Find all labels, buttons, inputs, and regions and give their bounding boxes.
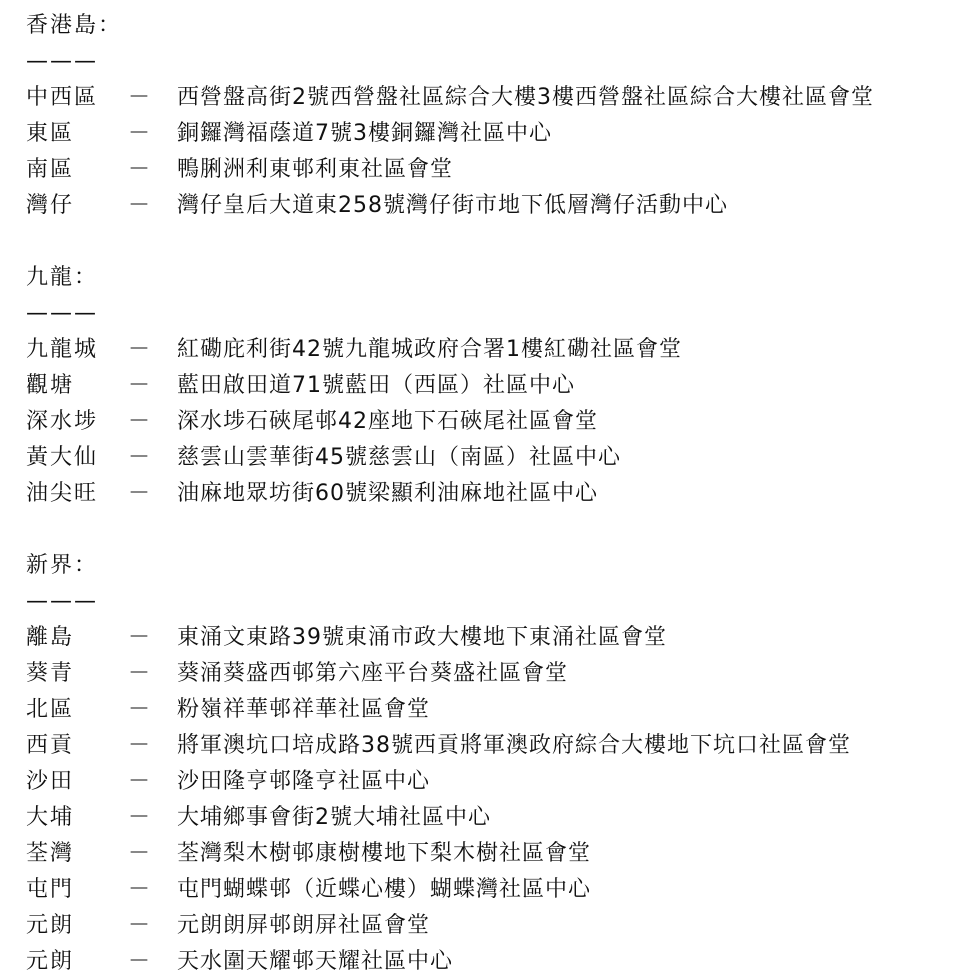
venue-list-document: 香港島： ——— 中西區－西營盤高街2號西營盤社區綜合大樓3樓西營盤社區綜合大樓… [26,8,956,972]
venue-address: 將軍澳坑口培成路38號西貢將軍澳政府綜合大樓地下坑口社區會堂 [177,728,851,764]
section-new-territories: 新界： ——— 離島－東涌文東路39號東涌市政大樓地下東涌社區會堂 葵青－葵涌葵… [26,548,956,972]
district-name: 油尖旺 [26,476,128,512]
separator: － [128,440,177,476]
venue-address: 屯門蝴蝶邨（近蝶心樓）蝴蝶灣社區中心 [177,872,591,908]
district-name: 西貢 [26,728,128,764]
district-name: 九龍城 [26,332,128,368]
separator: － [128,368,177,404]
venue-address: 大埔鄉事會街2號大埔社區中心 [177,800,491,836]
district-name: 元朗 [26,944,128,972]
venue-address: 油麻地眾坊街60號梁顯利油麻地社區中心 [177,476,598,512]
venue-address: 東涌文東路39號東涌市政大樓地下東涌社區會堂 [177,620,667,656]
separator: － [128,764,177,800]
district-name: 荃灣 [26,836,128,872]
district-name: 沙田 [26,764,128,800]
list-item: 黃大仙－慈雲山雲華街45號慈雲山（南區）社區中心 [26,440,956,476]
list-item: 中西區－西營盤高街2號西營盤社區綜合大樓3樓西營盤社區綜合大樓社區會堂 [26,80,956,116]
venue-address: 紅磡庇利街42號九龍城政府合署1樓紅磡社區會堂 [177,332,682,368]
district-name: 中西區 [26,80,128,116]
list-item: 大埔－大埔鄉事會街2號大埔社區中心 [26,800,956,836]
list-item: 沙田－沙田隆亨邨隆亨社區中心 [26,764,956,800]
separator: － [128,872,177,908]
section-heading: 九龍： [26,260,956,296]
section-divider: ——— [26,296,956,332]
venue-address: 深水埗石硤尾邨42座地下石硤尾社區會堂 [177,404,598,440]
venue-address: 銅鑼灣福蔭道7號3樓銅鑼灣社區中心 [177,116,552,152]
list-item: 深水埗－深水埗石硤尾邨42座地下石硤尾社區會堂 [26,404,956,440]
district-name: 北區 [26,692,128,728]
venue-address: 西營盤高街2號西營盤社區綜合大樓3樓西營盤社區綜合大樓社區會堂 [177,80,874,116]
list-item: 南區－鴨脷洲利東邨利東社區會堂 [26,152,956,188]
venue-address: 灣仔皇后大道東258號灣仔街市地下低層灣仔活動中心 [177,188,728,224]
district-name: 灣仔 [26,188,128,224]
venue-address: 慈雲山雲華街45號慈雲山（南區）社區中心 [177,440,621,476]
section-kowloon: 九龍： ——— 九龍城－紅磡庇利街42號九龍城政府合署1樓紅磡社區會堂 觀塘－藍… [26,260,956,512]
venue-address: 葵涌葵盛西邨第六座平台葵盛社區會堂 [177,656,568,692]
list-item: 元朗－元朗朗屏邨朗屏社區會堂 [26,908,956,944]
district-name: 葵青 [26,656,128,692]
separator: － [128,620,177,656]
list-item: 西貢－將軍澳坑口培成路38號西貢將軍澳政府綜合大樓地下坑口社區會堂 [26,728,956,764]
list-item: 觀塘－藍田啟田道71號藍田（西區）社區中心 [26,368,956,404]
list-item: 離島－東涌文東路39號東涌市政大樓地下東涌社區會堂 [26,620,956,656]
list-item: 荃灣－荃灣梨木樹邨康樹樓地下梨木樹社區會堂 [26,836,956,872]
separator: － [128,800,177,836]
list-item: 九龍城－紅磡庇利街42號九龍城政府合署1樓紅磡社區會堂 [26,332,956,368]
venue-address: 藍田啟田道71號藍田（西區）社區中心 [177,368,575,404]
list-item: 東區－銅鑼灣福蔭道7號3樓銅鑼灣社區中心 [26,116,956,152]
venue-address: 粉嶺祥華邨祥華社區會堂 [177,692,430,728]
separator: － [128,332,177,368]
venue-address: 元朗朗屏邨朗屏社區會堂 [177,908,430,944]
separator: － [128,404,177,440]
district-name: 元朗 [26,908,128,944]
venue-address: 鴨脷洲利東邨利東社區會堂 [177,152,453,188]
separator: － [128,728,177,764]
district-name: 黃大仙 [26,440,128,476]
separator: － [128,80,177,116]
separator: － [128,656,177,692]
district-name: 深水埗 [26,404,128,440]
list-item: 元朗－天水圍天耀邨天耀社區中心 [26,944,956,972]
separator: － [128,908,177,944]
list-item: 油尖旺－油麻地眾坊街60號梁顯利油麻地社區中心 [26,476,956,512]
district-name: 觀塘 [26,368,128,404]
district-name: 大埔 [26,800,128,836]
district-name: 南區 [26,152,128,188]
separator: － [128,692,177,728]
separator: － [128,836,177,872]
section-hong-kong-island: 香港島： ——— 中西區－西營盤高街2號西營盤社區綜合大樓3樓西營盤社區綜合大樓… [26,8,956,224]
separator: － [128,116,177,152]
venue-address: 荃灣梨木樹邨康樹樓地下梨木樹社區會堂 [177,836,591,872]
section-heading: 新界： [26,548,956,584]
separator: － [128,476,177,512]
district-name: 東區 [26,116,128,152]
separator: － [128,152,177,188]
list-item: 灣仔－灣仔皇后大道東258號灣仔街市地下低層灣仔活動中心 [26,188,956,224]
section-divider: ——— [26,584,956,620]
district-name: 離島 [26,620,128,656]
venue-address: 沙田隆亨邨隆亨社區中心 [177,764,430,800]
district-name: 屯門 [26,872,128,908]
section-heading: 香港島： [26,8,956,44]
separator: － [128,944,177,972]
list-item: 葵青－葵涌葵盛西邨第六座平台葵盛社區會堂 [26,656,956,692]
separator: － [128,188,177,224]
list-item: 屯門－屯門蝴蝶邨（近蝶心樓）蝴蝶灣社區中心 [26,872,956,908]
venue-address: 天水圍天耀邨天耀社區中心 [177,944,453,972]
list-item: 北區－粉嶺祥華邨祥華社區會堂 [26,692,956,728]
section-divider: ——— [26,44,956,80]
